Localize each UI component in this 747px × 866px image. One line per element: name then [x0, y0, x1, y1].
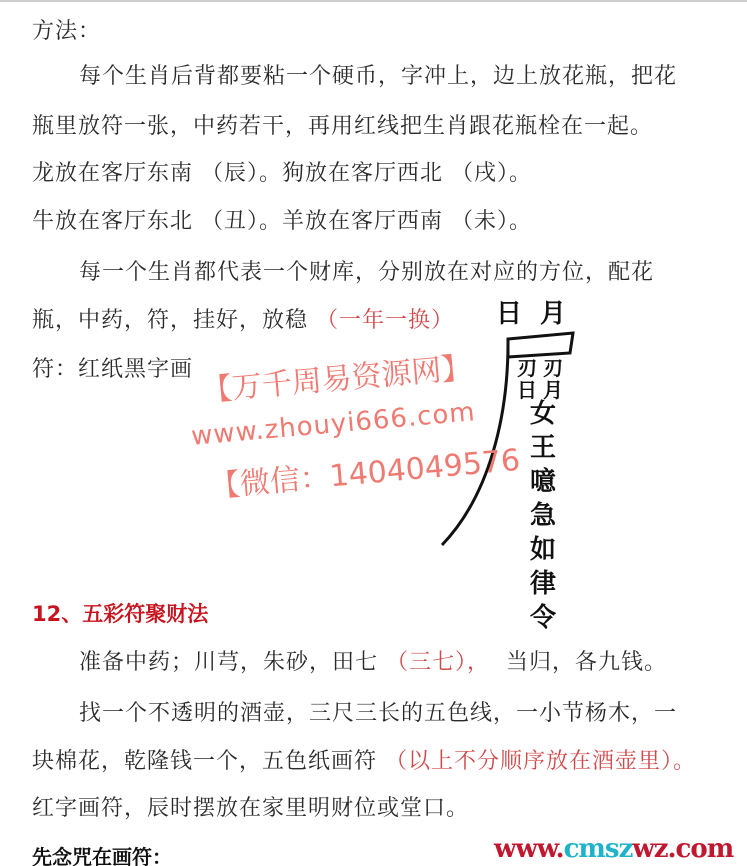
talisman-moon-inner: 月	[538, 379, 568, 401]
site-watermark: www.cmszwz.com	[494, 834, 733, 864]
talisman-char-4: 急	[528, 501, 558, 531]
talisman-char-7: 令	[528, 603, 558, 633]
talisman-char-1: 女	[528, 399, 558, 429]
herbs-text-1: 准备中药；川芎，朱砂，田七	[79, 650, 386, 675]
site-watermark-part3: wz.com	[632, 834, 733, 864]
section-heading-12: 12、五彩符聚财法	[32, 600, 208, 628]
talisman-note: 符：红纸黑字画	[32, 356, 193, 384]
paragraph2-line2: 瓶，中药，符，挂好，放稳 （一年一换）	[32, 307, 454, 335]
talisman-char-5: 如	[528, 535, 558, 565]
top-border	[0, 0, 747, 2]
talisman-char-2: 王	[528, 433, 558, 463]
talisman-moon-top: 月	[538, 299, 568, 329]
talisman-char-3: 噫	[528, 467, 558, 497]
talisman-char-6: 律	[528, 569, 558, 599]
placement-line2: 牛放在客厅东北 （丑）。羊放在客厅西南 （未）。	[32, 208, 532, 236]
paragraph3-line3: 红字画符，辰时摆放在家里明财位或堂口。	[32, 795, 469, 823]
talisman-blade-right: 刃	[538, 357, 568, 379]
herbs-text-2: 当归，各九钱。	[490, 650, 667, 675]
paragraph1-line1: 每个生肖后背都要粘一个硬币，字冲上，边上放花瓶，把花	[79, 63, 677, 91]
herbs-line: 准备中药；川芎，朱砂，田七 （三七）， 当归，各九钱。	[79, 649, 667, 677]
site-watermark-part1: www.	[494, 834, 564, 864]
herbs-red-note: （三七），	[386, 650, 490, 675]
paragraph2-line1: 每一个生肖都代表一个财库，分别放在对应的方位，配花	[79, 259, 654, 287]
paragraph1-line2: 瓶里放符一张，中药若干，再用红线把生肖跟花瓶栓在一起。	[32, 113, 653, 141]
paragraph3-line1: 找一个不透明的酒壶，三尺三长的五色线，一小节杨木，一	[79, 700, 677, 728]
placement-line1: 龙放在客厅东南 （辰）。狗放在客厅西北 （戌）。	[32, 160, 532, 188]
section-label: 方法：	[32, 18, 101, 46]
paragraph2-line2-text: 瓶，中药，符，挂好，放稳	[32, 308, 316, 333]
site-watermark-part2: cmsz	[564, 834, 633, 864]
paragraph3-line2: 块棉花，乾隆钱一个，五色纸画符 （以上不分顺序放在酒壶里）。	[32, 748, 696, 776]
jar-order-note: （以上不分顺序放在酒壶里）。	[385, 749, 696, 774]
talisman-sun-top: 日	[494, 299, 524, 329]
closing-instruction: 先念咒在画符：	[32, 843, 172, 866]
paragraph3-line2-text: 块棉花，乾隆钱一个，五色纸画符	[32, 749, 385, 774]
